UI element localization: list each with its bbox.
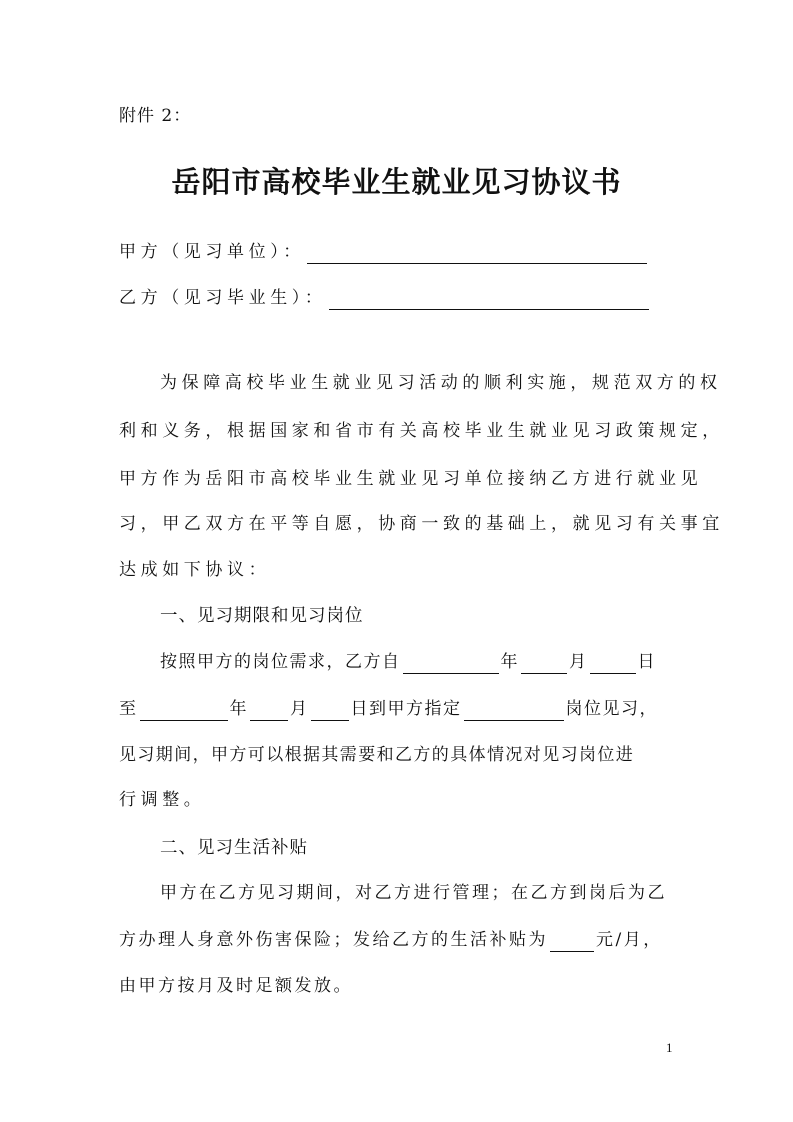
section1-line2-prefix: 至 xyxy=(119,699,138,719)
section1-heading: 一、见习期限和见习岗位 xyxy=(160,604,364,628)
section2-line2: 方办理人身意外伤害保险；发给乙方的生活补贴为元/月， xyxy=(119,928,663,952)
section2-line2-prefix: 方办理人身意外伤害保险；发给乙方的生活补贴为 xyxy=(119,930,548,950)
intro-line-1: 为保障高校毕业生就业见习活动的顺利实施，规范双方的权 xyxy=(160,371,722,395)
section1-line2: 至年月日到甲方指定岗位见习， xyxy=(119,697,658,721)
year-label: 年 xyxy=(230,699,249,719)
document-title: 岳阳市高校毕业生就业见习协议书 xyxy=(0,162,793,202)
position-field[interactable] xyxy=(464,700,564,721)
day-suffix-label: 日到甲方指定 xyxy=(351,699,462,719)
year-label: 年 xyxy=(501,652,520,672)
end-month-field[interactable] xyxy=(250,700,288,721)
intro-line-3: 甲方作为岳阳市高校毕业生就业见习单位接纳乙方进行就业见 xyxy=(119,467,702,491)
section2-heading: 二、见习生活补贴 xyxy=(160,836,308,860)
section1-line1: 按照甲方的岗位需求，乙方自年月日 xyxy=(160,650,656,674)
party-a-row: 甲方（见习单位）： xyxy=(119,240,649,264)
end-day-field[interactable] xyxy=(311,700,349,721)
start-month-field[interactable] xyxy=(521,653,567,674)
party-b-label: 乙方（见习毕业生）： xyxy=(119,288,327,308)
day-label: 日 xyxy=(638,652,657,672)
end-year-field[interactable] xyxy=(140,700,228,721)
subsidy-amount-field[interactable] xyxy=(550,931,594,952)
month-label: 月 xyxy=(569,652,588,672)
section1-line3: 见习期间，甲方可以根据其需要和乙方的具体情况对见习岗位进 xyxy=(119,743,634,767)
section1-line4: 行调整。 xyxy=(119,788,205,812)
party-a-label: 甲方（见习单位）： xyxy=(119,242,305,262)
start-year-field[interactable] xyxy=(403,653,499,674)
section2-line2-suffix: 元/月， xyxy=(596,930,663,950)
party-b-field[interactable] xyxy=(329,289,649,310)
page-number: 1 xyxy=(666,1040,673,1056)
month-label: 月 xyxy=(290,699,309,719)
party-a-field[interactable] xyxy=(307,243,647,264)
section1-line2-suffix: 岗位见习， xyxy=(566,699,659,719)
section1-line1-prefix: 按照甲方的岗位需求，乙方自 xyxy=(160,652,401,672)
section2-line3: 由甲方按月及时足额发放。 xyxy=(119,974,353,998)
intro-line-5: 达成如下协议： xyxy=(119,558,270,582)
start-day-field[interactable] xyxy=(590,653,636,674)
intro-line-2: 利和义务，根据国家和省市有关高校毕业生就业见习政策规定， xyxy=(119,419,724,443)
section2-line1: 甲方在乙方见习期间，对乙方进行管理；在乙方到岗后为乙 xyxy=(160,881,667,905)
party-b-row: 乙方（见习毕业生）： xyxy=(119,286,651,310)
intro-line-4: 习，甲乙双方在平等自愿，协商一致的基础上，就见习有关事宜 xyxy=(119,512,724,536)
attachment-label: 附件 2： xyxy=(119,104,191,128)
